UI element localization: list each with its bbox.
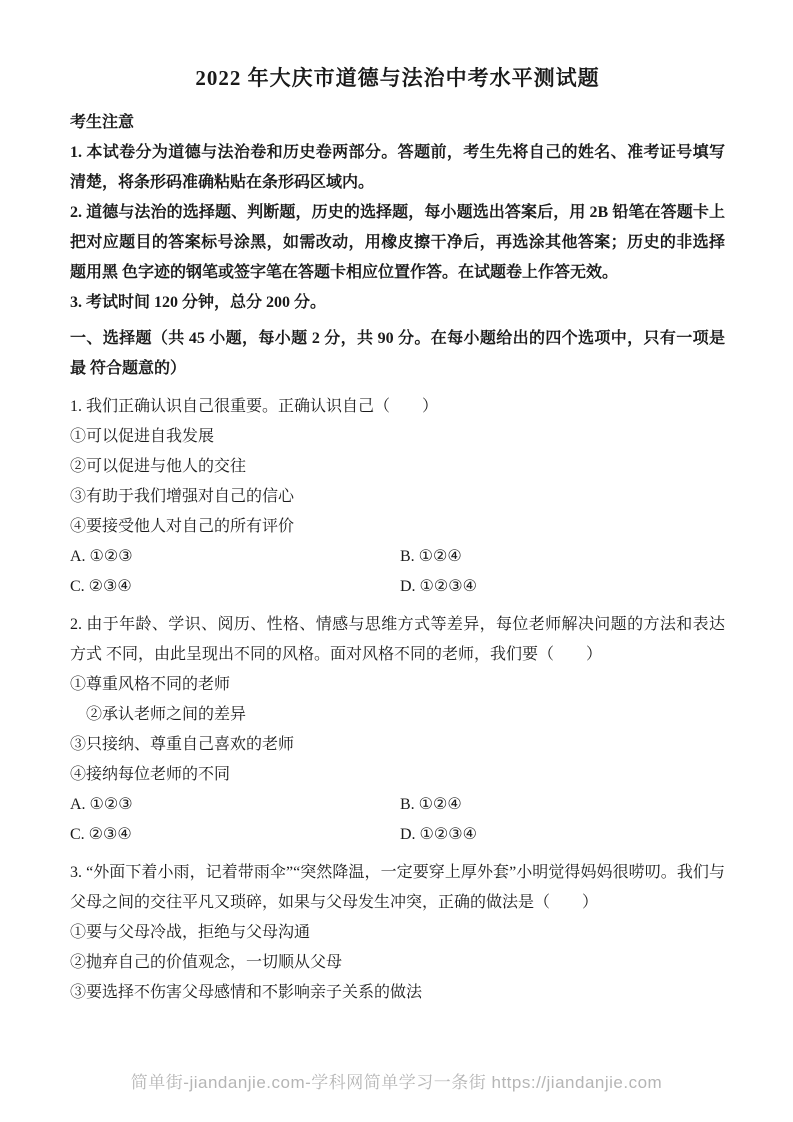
- question-stem: 1. 我们正确认识自己很重要。正确认识自己（ ）: [70, 392, 725, 422]
- question-item: ①尊重风格不同的老师: [70, 670, 725, 700]
- question-item: ④接纳每位老师的不同: [70, 760, 725, 790]
- notice-item-3: 3. 考试时间 120 分钟，总分 200 分。: [70, 288, 725, 318]
- answer-option-c: C. ②③④: [70, 572, 400, 602]
- footer-watermark: 简单街-jiandanjie.com-学科网简单学习一条街 https://ji…: [0, 1068, 793, 1093]
- section-heading: 一、选择题（共 45 小题，每小题 2 分，共 90 分。在每小题给出的四个选项…: [70, 324, 725, 384]
- notice-item-1: 1. 本试卷分为道德与法治卷和历史卷两部分。答题前，考生先将自己的姓名、准考证号…: [70, 138, 725, 198]
- answer-option-c: C. ②③④: [70, 820, 400, 850]
- question-item: ③要选择不伤害父母感情和不影响亲子关系的做法: [70, 978, 725, 1008]
- question-item: ③只接纳、尊重自己喜欢的老师: [70, 730, 725, 760]
- notice-heading: 考生注意: [70, 108, 725, 138]
- answer-option-a: A. ①②③: [70, 790, 400, 820]
- answer-options: A. ①②③ B. ①②④ C. ②③④ D. ①②③④: [70, 790, 725, 850]
- question-item: ①要与父母冷战，拒绝与父母沟通: [70, 918, 725, 948]
- question-item: ②承认老师之间的差异: [70, 700, 725, 730]
- notice-item-2: 2. 道德与法治的选择题、判断题，历史的选择题，每小题选出答案后，用 2B 铅笔…: [70, 198, 725, 288]
- question-1: 1. 我们正确认识自己很重要。正确认识自己（ ） ①可以促进自我发展 ②可以促进…: [70, 392, 725, 602]
- question-3: 3. “外面下着小雨，记着带雨伞”“突然降温，一定要穿上厚外套”小明觉得妈妈很唠…: [70, 858, 725, 1008]
- answer-option-b: B. ①②④: [400, 542, 725, 572]
- answer-option-d: D. ①②③④: [400, 820, 725, 850]
- document-content: 2022 年大庆市道德与法治中考水平测试题 考生注意 1. 本试卷分为道德与法治…: [0, 0, 793, 1008]
- question-item: ①可以促进自我发展: [70, 422, 725, 452]
- question-2: 2. 由于年龄、学识、阅历、性格、情感与思维方式等差异，每位老师解决问题的方法和…: [70, 610, 725, 850]
- page-title: 2022 年大庆市道德与法治中考水平测试题: [70, 64, 725, 92]
- question-stem: 3. “外面下着小雨，记着带雨伞”“突然降温，一定要穿上厚外套”小明觉得妈妈很唠…: [70, 858, 725, 918]
- question-item: ③有助于我们增强对自己的信心: [70, 482, 725, 512]
- answer-option-b: B. ①②④: [400, 790, 725, 820]
- notice-section: 考生注意 1. 本试卷分为道德与法治卷和历史卷两部分。答题前，考生先将自己的姓名…: [70, 108, 725, 318]
- question-item: ②可以促进与他人的交往: [70, 452, 725, 482]
- question-item: ②抛弃自己的价值观念，一切顺从父母: [70, 948, 725, 978]
- answer-option-a: A. ①②③: [70, 542, 400, 572]
- exam-paper-page: 2022 年大庆市道德与法治中考水平测试题 考生注意 1. 本试卷分为道德与法治…: [0, 0, 793, 1122]
- answer-options: A. ①②③ B. ①②④ C. ②③④ D. ①②③④: [70, 542, 725, 602]
- answer-option-d: D. ①②③④: [400, 572, 725, 602]
- question-item: ④要接受他人对自己的所有评价: [70, 512, 725, 542]
- question-stem: 2. 由于年龄、学识、阅历、性格、情感与思维方式等差异，每位老师解决问题的方法和…: [70, 610, 725, 670]
